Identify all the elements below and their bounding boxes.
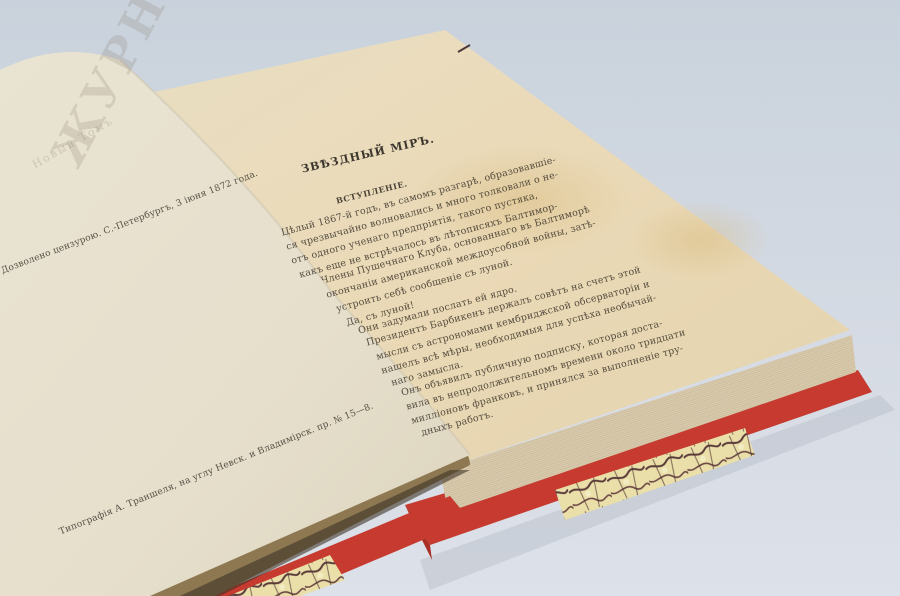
photo-scene: ЗВѢЗДНЫЙ МІРЪ. ВСТУПЛЕНІЕ. Цѣлый 1867-й … [0, 0, 900, 596]
